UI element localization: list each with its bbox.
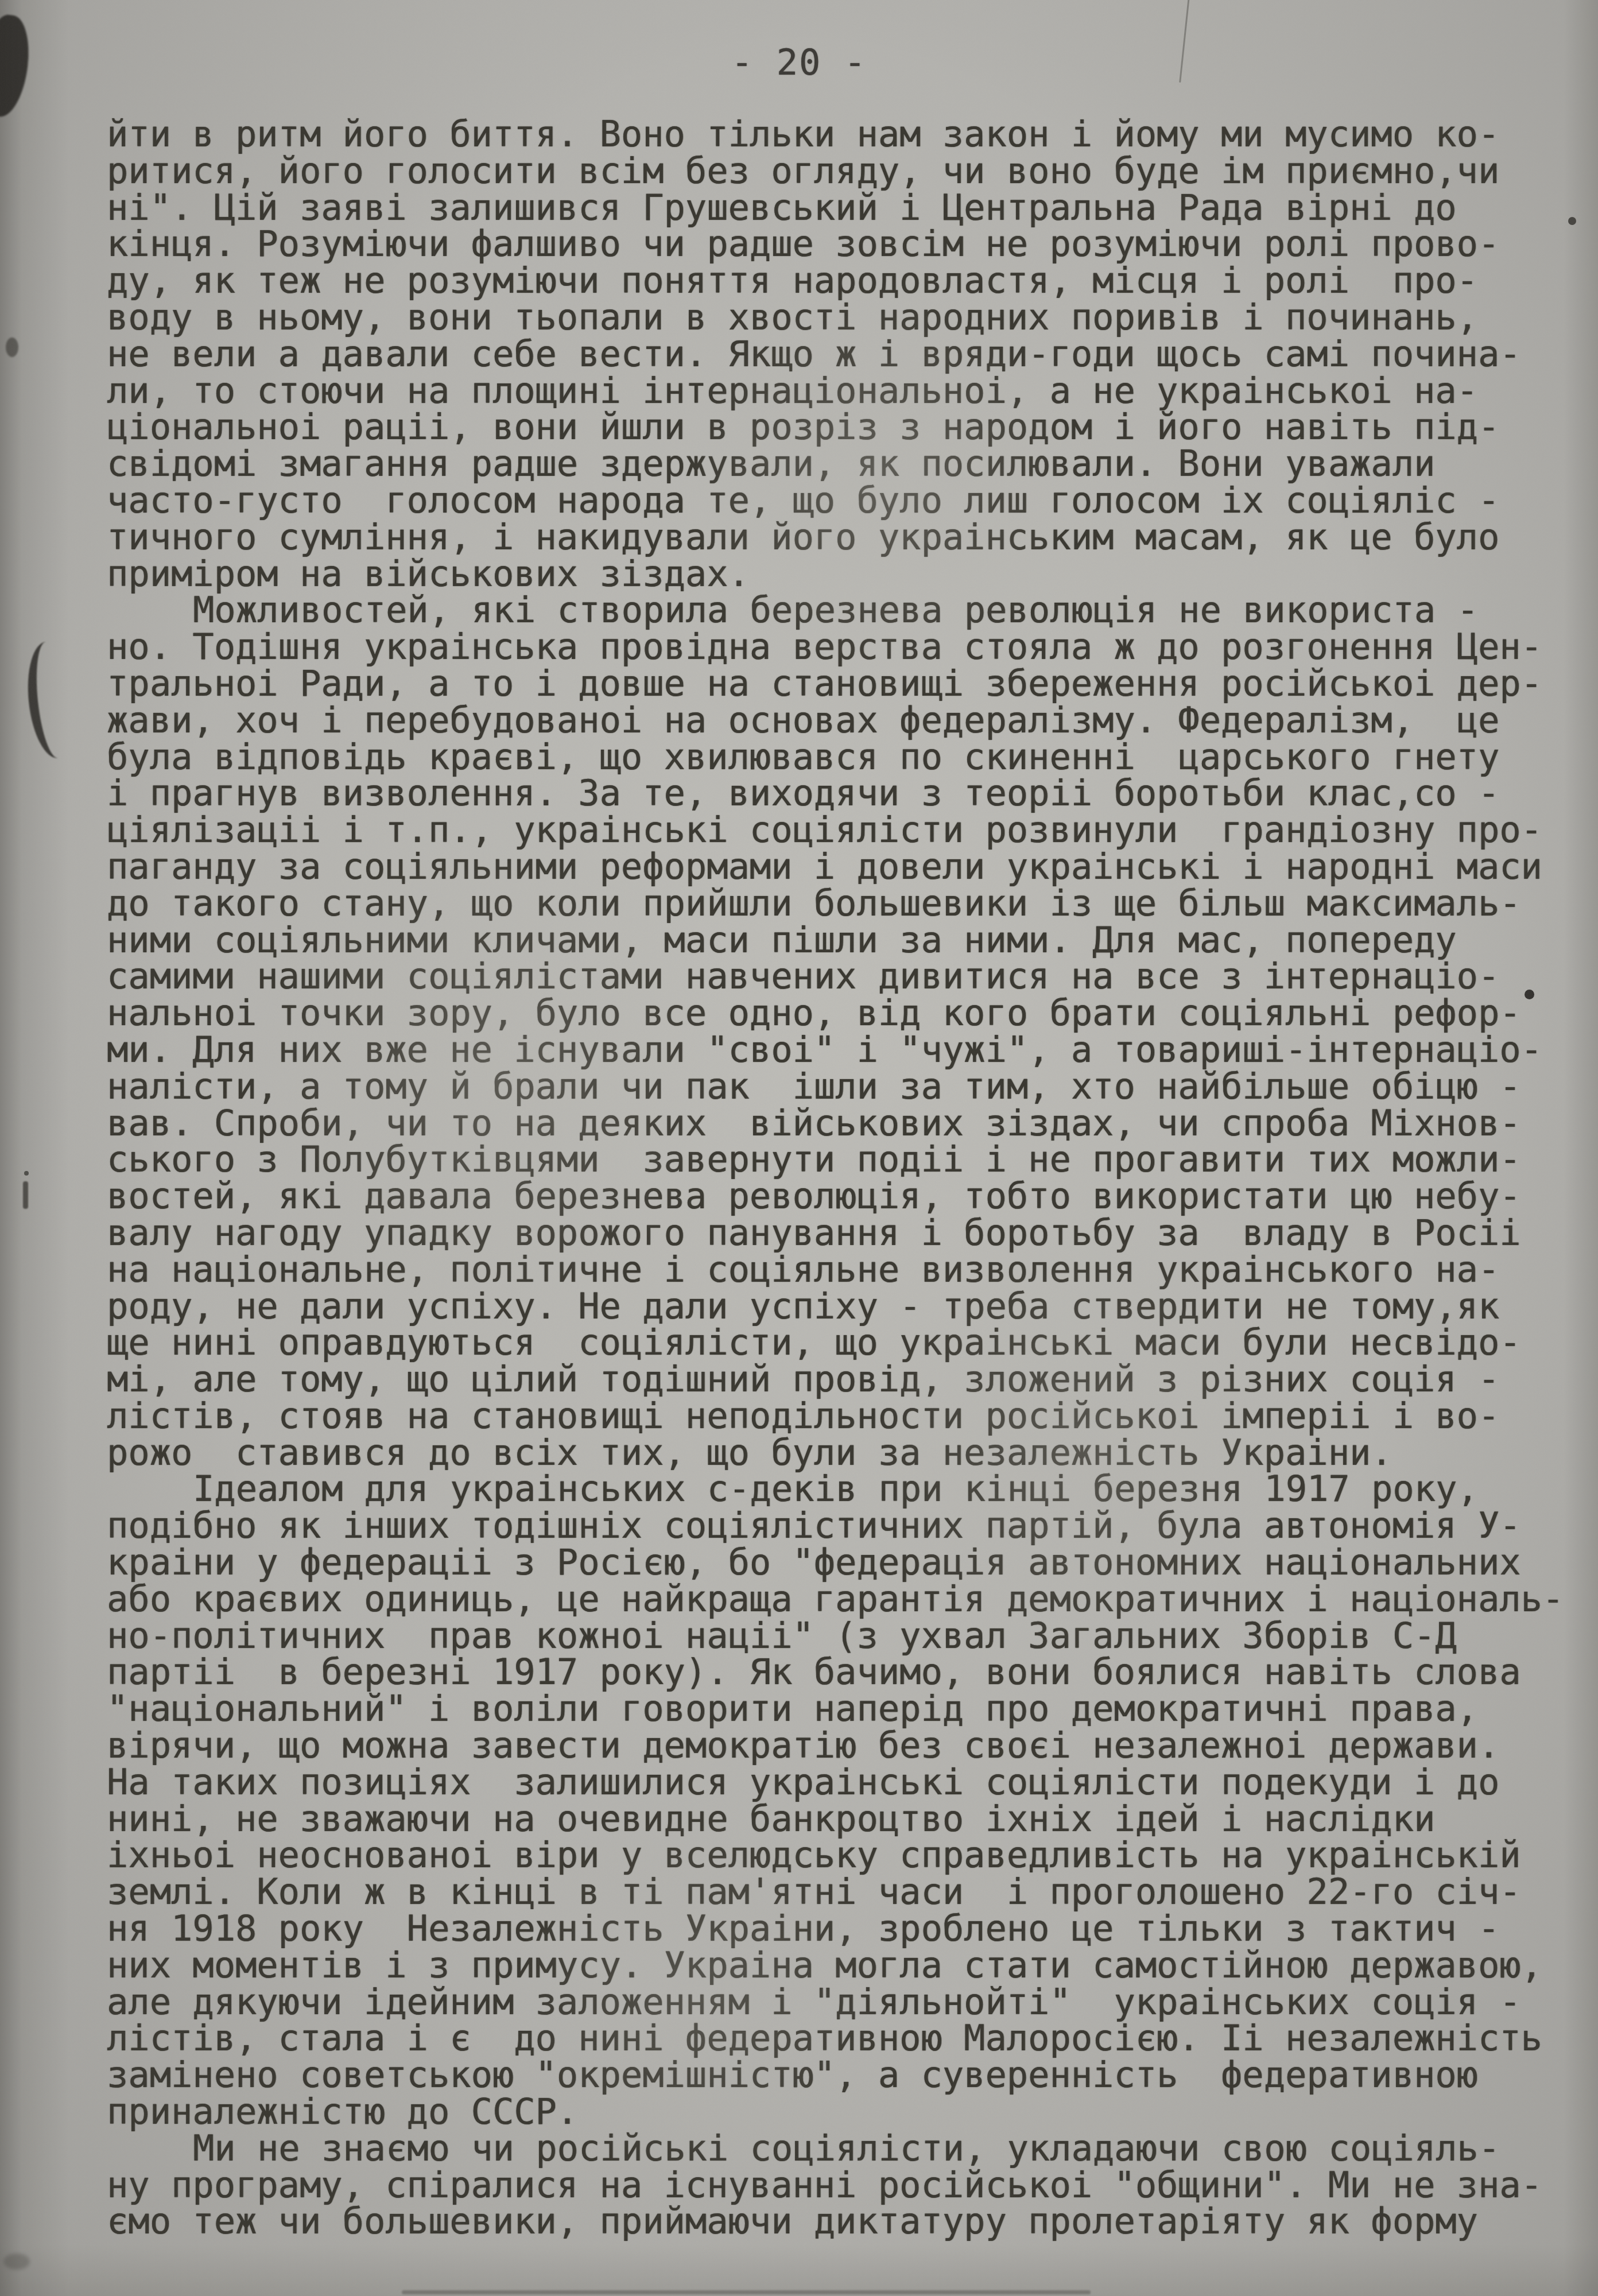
smudge-bottom-left (3, 2254, 30, 2270)
text-line: ня 1918 року Незалежність Украіни, зробл… (107, 1910, 1564, 1947)
text-line: ними соціяльними кличами, маси пішли за … (107, 922, 1564, 959)
page-number: - 20 - (731, 41, 867, 83)
text-line: жави, хоч і перебудованоі на основах фед… (107, 702, 1564, 739)
document-page: - 20 - йти в ритм його биття. Воно тільк… (0, 0, 1598, 2296)
text-line: ємо теж чи большевики, приймаючи диктату… (107, 2203, 1564, 2240)
text-line: паганду за соціяльними реформами і довел… (107, 848, 1564, 885)
text-line: подібно як інших тодішніх соціялістичних… (107, 1507, 1564, 1544)
scan-edge-mark (402, 2290, 1091, 2294)
text-line: часто-густо голосом народа те, що було л… (107, 482, 1564, 519)
text-line: ського з Полубутківцями завернути подіі … (107, 1141, 1564, 1178)
text-line: партіі в березні 1917 року). Як бачимо, … (107, 1654, 1564, 1690)
text-line: і прагнув визволення. За те, виходячи з … (107, 775, 1564, 812)
text-line: вав. Спроби, чи то на деяких військових … (107, 1105, 1564, 1142)
text-line: нині, не зважаючи на очевидне банкроцтво… (107, 1801, 1564, 1837)
text-line: іхньоі неоснованоі віри у вселюдську спр… (107, 1837, 1564, 1874)
text-line: валу нагоду упадку ворожого панування і … (107, 1215, 1564, 1251)
text-line: Можливостей, які створила березнева рево… (107, 592, 1564, 629)
text-line: ціональноі раціі, вони йшли в розріз з н… (107, 409, 1564, 445)
text-line: лістів, стояв на становищі неподільности… (107, 1398, 1564, 1434)
text-line: Ми не знаємо чи російські соціялісти, ук… (107, 2130, 1564, 2167)
text-line: була відповідь краєві, що хвилювався по … (107, 739, 1564, 775)
text-line: приміром на військових зіздах. (107, 556, 1564, 592)
text-line: рожо ставився до всіх тих, що були за не… (107, 1434, 1564, 1471)
text-line: воду в ньому, вони тьопали в хвості наро… (107, 299, 1564, 336)
text-line: ні". Цій заяві залишився Грушевський і Ц… (107, 189, 1564, 226)
text-line: тральноі Ради, а то і довше на становищі… (107, 665, 1564, 702)
ink-crescent-mark (23, 640, 74, 761)
text-line: ну програму, спіралися на існуванні росі… (107, 2167, 1564, 2204)
text-line: кінця. Розуміючи фалшиво чи радше зовсім… (107, 226, 1564, 262)
text-line: ду, як теж не розуміючи поняття народовл… (107, 262, 1564, 299)
ink-blob-left (6, 338, 18, 357)
ink-tick-dot (24, 1171, 29, 1176)
text-line: ми. Для них вже не існували "своі" і "чу… (107, 1031, 1564, 1068)
text-line: лістів, стала і є до нині федеративною М… (107, 2020, 1564, 2057)
text-line: Ідеалом для украінських с-деків при кінц… (107, 1471, 1564, 1507)
text-line: вірячи, що можна завести демократію без … (107, 1727, 1564, 1764)
text-line: ціялізаціі і т.п., украінські соціялісти… (107, 812, 1564, 848)
text-line: востей, які давала березнева революція, … (107, 1178, 1564, 1215)
text-line: На таких позиціях залишилися украінські … (107, 1764, 1564, 1801)
text-line: краіни у федераціі з Росією, бо "федерац… (107, 1544, 1564, 1581)
text-line: приналежністю до СССР. (107, 2093, 1564, 2130)
text-line: самими нашими соціялістами навчених диви… (107, 958, 1564, 995)
text-line: налісти, а тому й брали чи пак ішли за т… (107, 1068, 1564, 1105)
scan-scratch (1179, 0, 1190, 83)
text-line: свідомі змагання радше здержували, як по… (107, 445, 1564, 482)
text-block: йти в ритм його биття. Воно тільки нам з… (107, 116, 1564, 2240)
text-line: ще нині оправдуються соціялісти, що укра… (107, 1324, 1564, 1361)
text-line: на національне, політичне і соціяльне ви… (107, 1251, 1564, 1288)
text-line: тичного сумління, і накидували його укра… (107, 519, 1564, 556)
text-line: них моментів і з примусу. Украіна могла … (107, 1947, 1564, 1984)
text-line: но-політичних прав кожноі націі" (з ухва… (107, 1618, 1564, 1654)
text-line: ритися, його голосити всім без огляду, ч… (107, 153, 1564, 189)
text-line: ли, то стоючи на площині інтернаціональн… (107, 373, 1564, 409)
text-line: але дякуючи ідейним заложенням і "діяльн… (107, 1984, 1564, 2020)
text-line: роду, не дали успіху. Не дали успіху - т… (107, 1288, 1564, 1325)
text-line: йти в ритм його биття. Воно тільки нам з… (107, 116, 1564, 153)
text-line: землі. Коли ж в кінці в ті пам'ятні часи… (107, 1874, 1564, 1910)
text-line: нальноі точки зору, було все одно, від к… (107, 995, 1564, 1031)
text-line: "національний" і воліли говорити наперід… (107, 1690, 1564, 1727)
text-line: не вели а давали себе вести. Якщо ж і вр… (107, 336, 1564, 373)
ink-tick-mark (23, 1181, 28, 1209)
text-line: замінено советською "окремішністю", а су… (107, 2057, 1564, 2093)
text-line: до такого стану, що коли прийшли большев… (107, 885, 1564, 922)
ink-blob-top-left (0, 13, 34, 119)
ink-speck-right-margin (1568, 217, 1576, 225)
text-line: но. Тодішня украінська провідна верства … (107, 629, 1564, 665)
text-line: мі, але тому, що цілий тодішний провід, … (107, 1361, 1564, 1398)
ink-speck-line-end (1525, 990, 1534, 999)
text-line: або краєвих одиниць, це найкраща гаранті… (107, 1581, 1564, 1618)
